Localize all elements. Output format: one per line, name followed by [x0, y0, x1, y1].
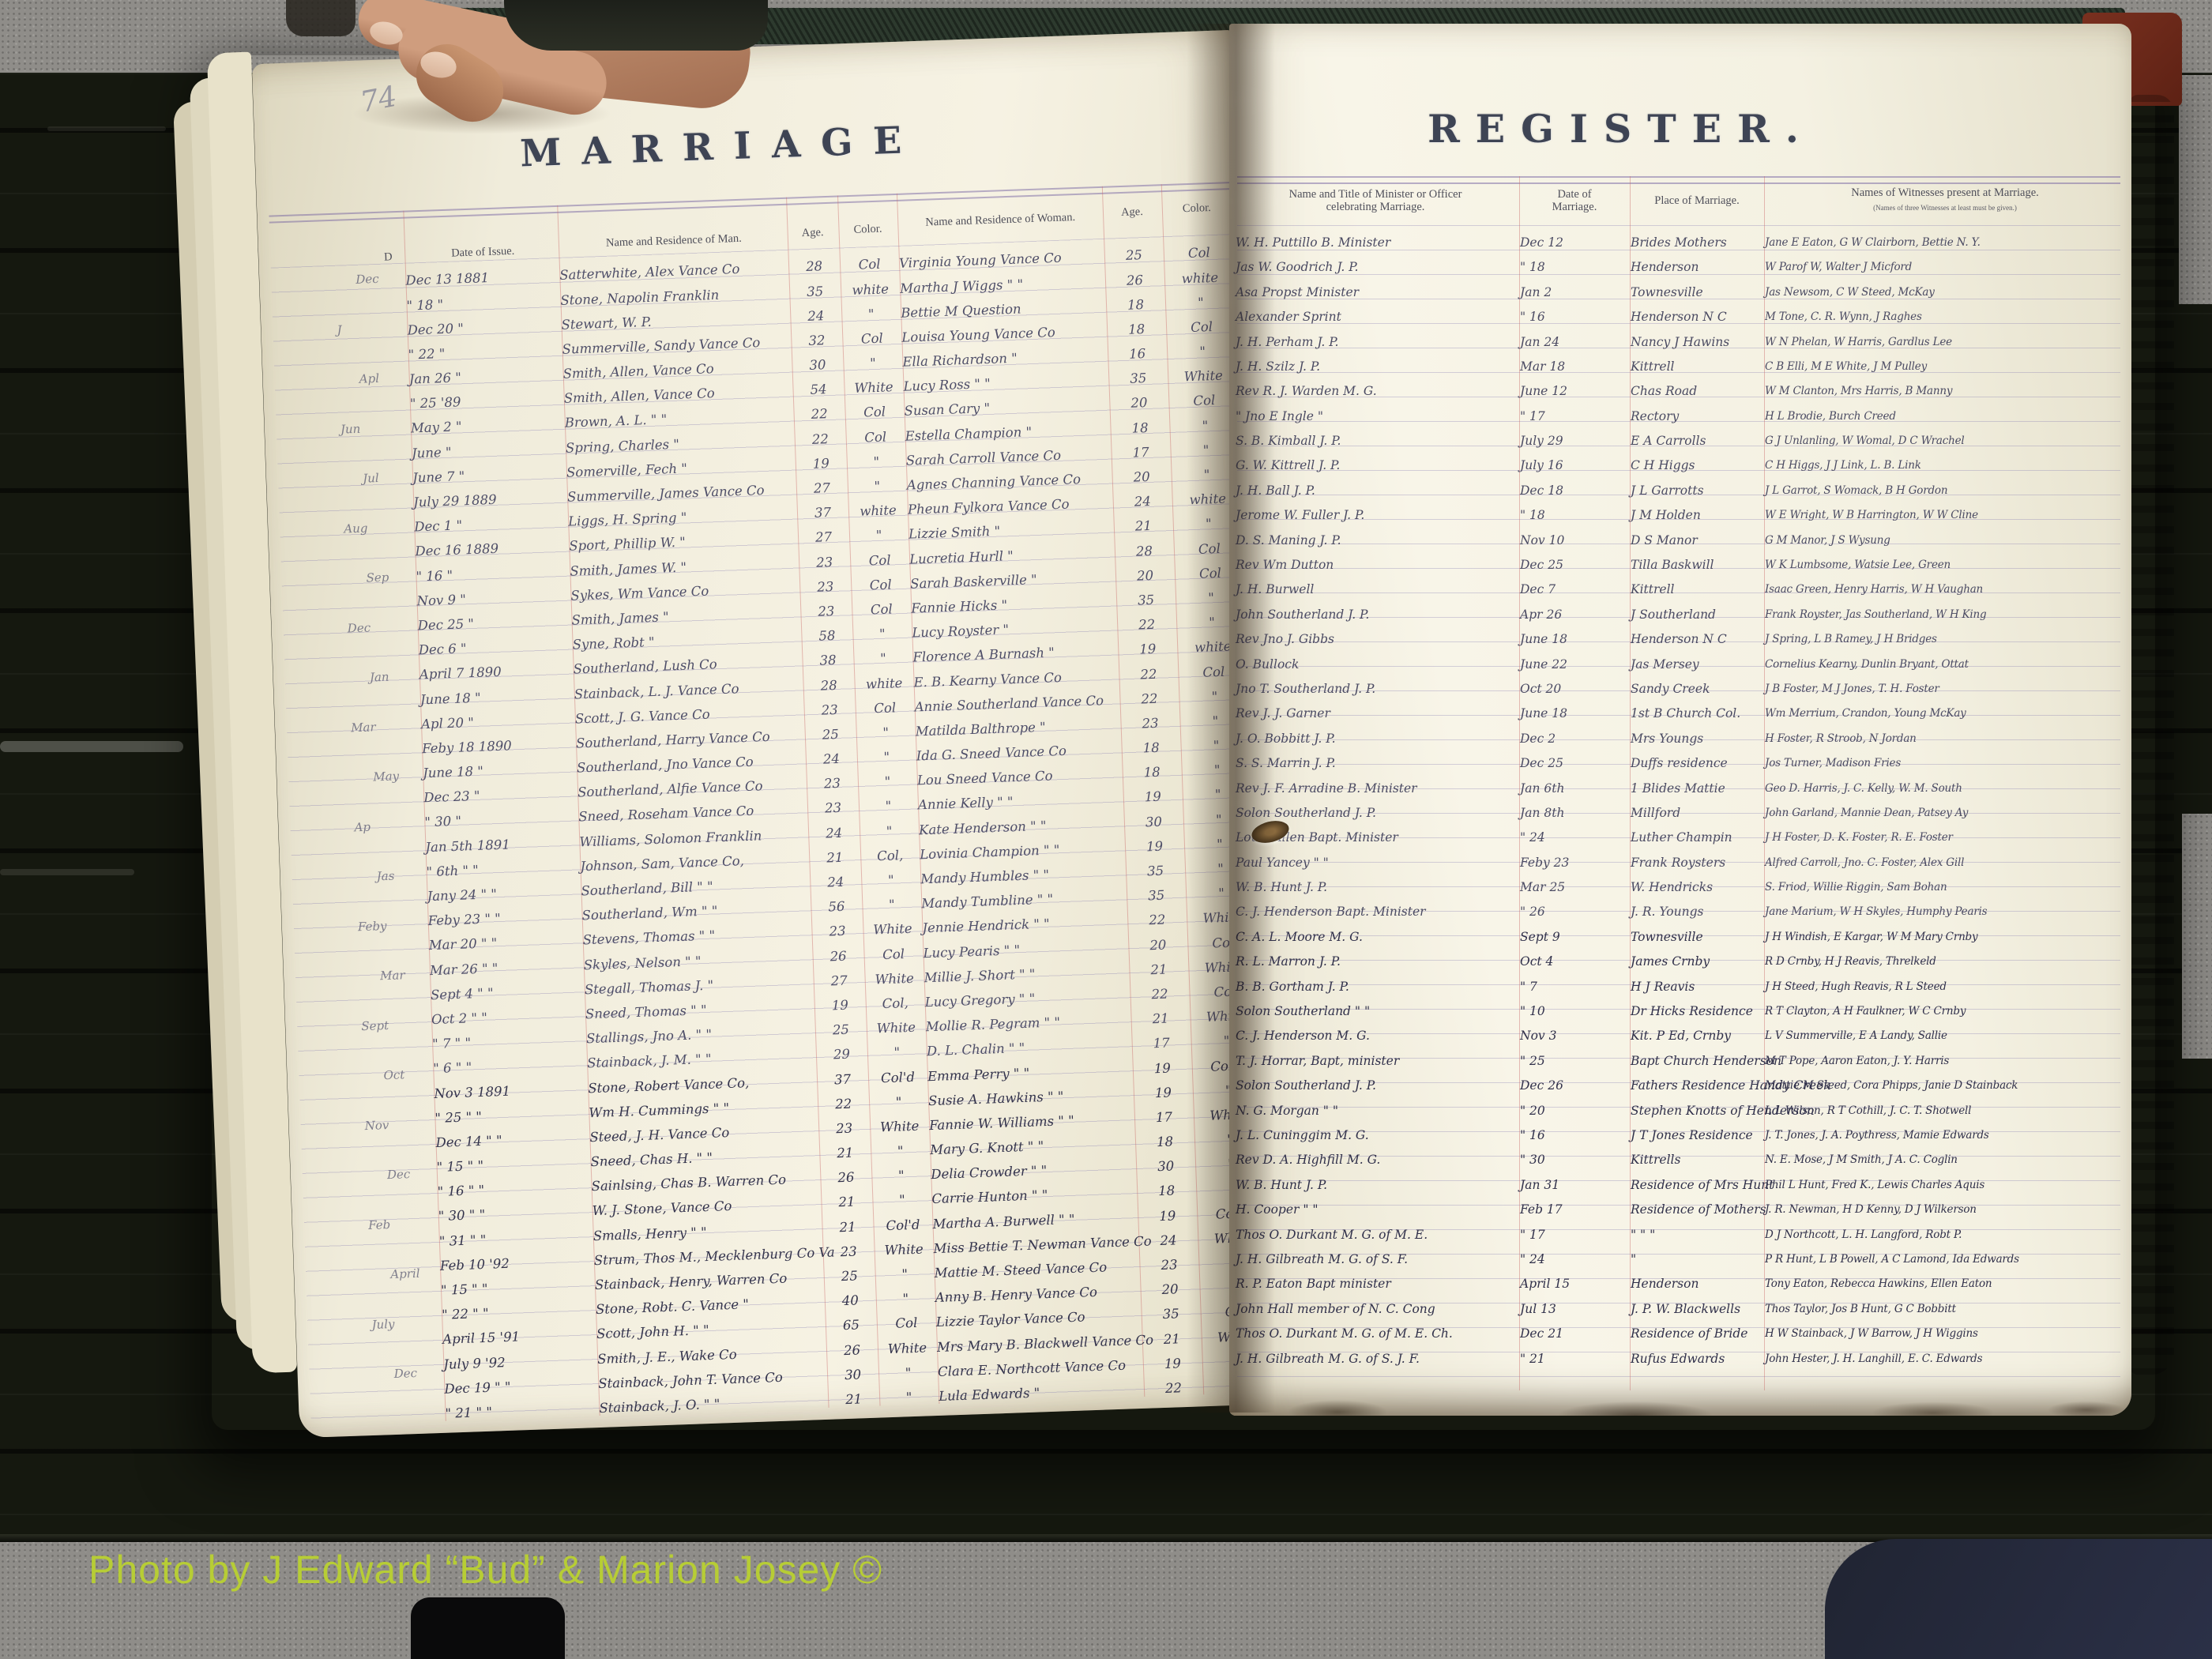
- margin-fragment: May: [373, 769, 399, 784]
- cell: July 16: [1520, 460, 1631, 472]
- cell: Tony Eaton, Rebecca Hawkins, Ellen Eaton: [1765, 1279, 2128, 1290]
- cell: R D Crnby, H J Reavis, Threlkeld: [1765, 957, 2128, 968]
- cell: " 22 ": [408, 344, 562, 362]
- cell: 19: [1118, 642, 1178, 657]
- cell: ": [847, 455, 907, 470]
- cell: Kate Henderson " ": [919, 817, 1124, 837]
- cell: Smith, James ": [571, 606, 800, 627]
- cell: D. S. Maning J. P.: [1236, 535, 1520, 547]
- cell: Delia Crowder " ": [931, 1161, 1136, 1182]
- cell: Dec 21: [1520, 1328, 1631, 1341]
- cell: James Crnby: [1631, 956, 1765, 969]
- cell: Kittrell: [1631, 361, 1765, 374]
- cell: white: [848, 504, 908, 519]
- cell: Lovinia Champion " ": [920, 841, 1125, 862]
- cell: Asa Propst Minister: [1236, 287, 1520, 299]
- cell: J. R. Newman, H D Kenny, D J Wilkerson: [1765, 1205, 2128, 1216]
- cell: Lucretia Hurll ": [909, 546, 1115, 566]
- column-header-age: Age.: [1104, 205, 1161, 219]
- cell: W M Clanton, Mrs Harris, B Manny: [1765, 386, 2128, 397]
- cell: " 16: [1520, 1130, 1631, 1142]
- cell: Jos Turner, Madison Fries: [1765, 758, 2128, 769]
- cell: 24: [790, 309, 842, 324]
- cell: Col: [845, 430, 905, 445]
- table-scratch: [0, 741, 183, 752]
- cell: E A Carrolls: [1631, 435, 1765, 448]
- cell: C H Higgs: [1631, 460, 1765, 472]
- cell: June 18 ": [423, 762, 577, 781]
- cell: J. R. Youngs: [1631, 906, 1765, 919]
- cell: 24: [808, 826, 860, 841]
- cell: 21: [1130, 1012, 1191, 1027]
- header-rule: [1237, 182, 2120, 184]
- cell: Lizzie Smith ": [908, 521, 1114, 542]
- cell: O. Bullock: [1236, 659, 1520, 671]
- cell: Ida G. Sneed Vance Co: [916, 743, 1122, 763]
- cell: Mar 18: [1520, 361, 1631, 374]
- register-row: R. P. Eaton Bapt ministerApril 15Henders…: [1236, 1272, 2128, 1296]
- cell: Summerville, Sandy Vance Co: [562, 336, 791, 357]
- cell: Residence of Mothers: [1631, 1204, 1765, 1217]
- cell: Jas Newsom, C W Steed, McKay: [1765, 288, 2128, 299]
- cell: 20: [1128, 938, 1188, 953]
- cell: 26: [812, 950, 864, 965]
- cell: 19: [814, 999, 867, 1014]
- cell: Stone, Robert Vance Co,: [588, 1074, 817, 1096]
- cell: J. T. Jones, J. A. Poythress, Mamie Edwa…: [1765, 1130, 2128, 1142]
- margin-fragment: Nov: [364, 1118, 389, 1133]
- cell: Sarah Baskerville ": [910, 570, 1115, 591]
- cell: White: [864, 972, 924, 987]
- cell: " 7: [1520, 981, 1631, 994]
- cell: Townesville: [1631, 931, 1765, 944]
- cell: 22: [1130, 987, 1190, 1003]
- cell: Mrs Mary B. Blackwell Vance Co: [937, 1334, 1142, 1355]
- cell: Stallings, Jno A. " ": [586, 1025, 815, 1046]
- cell: Residence of Mrs Hunt: [1631, 1179, 1765, 1192]
- cell: " 18: [1520, 510, 1631, 522]
- cell: W. B. Hunt J. P.: [1236, 882, 1520, 894]
- cell: Dec 25: [1520, 758, 1631, 770]
- cell: 35: [1127, 889, 1187, 904]
- cell: " 7 " ": [432, 1033, 586, 1051]
- photographer-watermark: Photo by J Edward “Bud” & Marion Josey ©: [88, 1547, 882, 1593]
- cell: " 21 " ": [445, 1402, 599, 1420]
- cell: Dec 18: [1520, 485, 1631, 498]
- cell: John Hall member of N. C. Cong: [1236, 1303, 1520, 1316]
- cell: June 18: [1520, 708, 1631, 720]
- column-header-place: Place of Marriage.: [1634, 194, 1760, 207]
- cell: Bapt Church Henderson: [1631, 1055, 1765, 1068]
- cell: W N Phelan, W Harris, Gardlus Lee: [1765, 337, 2128, 348]
- cell: 21: [1142, 1332, 1202, 1347]
- book-leather-cover-edge: [2130, 95, 2174, 1375]
- register-row: G. W. Kittrell J. P.July 16C H HiggsC H …: [1236, 454, 2128, 479]
- margin-fragment: Mar: [351, 720, 376, 735]
- cell: 23: [799, 555, 851, 570]
- cell: Jan 26 ": [409, 368, 563, 386]
- cell: Sneed, Roseham Vance Co: [578, 803, 807, 825]
- cell: " 24: [1520, 1254, 1631, 1266]
- cell: S. B. Kimball J. P.: [1236, 435, 1520, 448]
- cell: Louisa Young Vance Co: [901, 325, 1107, 345]
- cell: ": [876, 1292, 936, 1307]
- cell: Duffs residence: [1631, 758, 1765, 770]
- left-page-rows: Dec 13 1881Satterwhite, Alex Vance Co28C…: [405, 240, 1274, 1427]
- register-row: Louis Allen Bapt. Minister" 24Luther Cha…: [1236, 826, 2128, 850]
- cell: " 20: [1520, 1105, 1631, 1118]
- cell: Apl 20 ": [421, 713, 575, 731]
- cell: Jan 31: [1520, 1179, 1631, 1192]
- cell: Virginia Young Vance Co: [899, 250, 1104, 271]
- cell: 26: [820, 1171, 872, 1186]
- cell: Dec 20 ": [407, 319, 561, 337]
- cell: White: [878, 1341, 938, 1356]
- cell: 35: [1126, 864, 1186, 879]
- cell: W E Wright, W B Harrington, W W Cline: [1765, 510, 2128, 521]
- cell: " 21: [1520, 1353, 1631, 1366]
- right-page-title: REGISTER.: [1229, 106, 2013, 152]
- cell: Jennie Hendrick " ": [922, 916, 1127, 936]
- margin-fragment: Feby: [358, 919, 387, 934]
- cell: Jan 6th: [1520, 783, 1631, 796]
- cell: Kit. P Ed, Crnby: [1631, 1030, 1765, 1043]
- margin-fragment: Feb: [368, 1217, 391, 1232]
- cell: 26: [826, 1343, 878, 1358]
- cell: J H Steed, Hugh Reavis, R L Steed: [1765, 982, 2128, 993]
- cell: Oct 20: [1520, 683, 1631, 696]
- cell: Col: [850, 553, 910, 568]
- cell: Jan 24: [1520, 337, 1631, 349]
- cell: Mary G. Knott " ": [930, 1137, 1135, 1157]
- cell: 21: [821, 1195, 873, 1210]
- cell: J T Jones Residence: [1631, 1130, 1765, 1142]
- cell: Jan 5th 1891: [425, 836, 579, 854]
- cell: 21: [1114, 519, 1174, 534]
- cell: 18: [1107, 322, 1167, 337]
- cell: J. H. Ball J. P.: [1236, 485, 1520, 498]
- left-page: 74 MARRIAGE D Date of Issue. Name and Re…: [252, 30, 1279, 1438]
- cell: 19: [1123, 790, 1183, 805]
- cell: 35: [1108, 371, 1168, 386]
- cell: Steed, J. H. Vance Co: [589, 1123, 818, 1145]
- cell: 21: [809, 851, 861, 866]
- cell: Isaac Green, Henry Harris, W H Vaughan: [1765, 585, 2128, 596]
- cell: June 12: [1520, 386, 1631, 398]
- cell: J. H. Burwell: [1236, 584, 1520, 596]
- cell: C. J. Henderson M. G.: [1236, 1030, 1520, 1043]
- cell: ": [879, 1390, 939, 1405]
- cell: Mar 25: [1520, 882, 1631, 894]
- cell: Apr 26: [1520, 609, 1631, 622]
- cell: H Foster, R Stroob, N Jordan: [1765, 734, 2128, 745]
- cell: Southerland, Alfie Vance Co: [577, 779, 807, 800]
- cell: 19: [796, 457, 848, 472]
- cell: 22: [1117, 618, 1177, 633]
- cell: Strum, Thos M., Mecklenburg Co Va: [594, 1247, 823, 1268]
- cell: J M Holden: [1631, 510, 1765, 522]
- cell: ": [878, 1366, 939, 1381]
- cell: 18: [1121, 741, 1181, 756]
- cell: ": [843, 356, 903, 371]
- cell: Feb 17: [1520, 1204, 1631, 1217]
- register-row: Jas W. Goodrich J. P." 18HendersonW Paro…: [1236, 255, 2128, 280]
- cell: ": [857, 750, 917, 766]
- cell: Bettie M Question: [901, 299, 1106, 320]
- cell: Tilla Baskwill: [1631, 559, 1765, 572]
- cell: Southerland, Wm " ": [581, 901, 811, 923]
- cell: Liggs, H. Spring ": [568, 508, 797, 529]
- cell: 40: [825, 1294, 877, 1309]
- cell: R. L. Marron J. P.: [1236, 956, 1520, 969]
- cell: G M Manor, J S Wysung: [1765, 536, 2128, 547]
- register-row: S. B. Kimball J. P.July 29E A CarrollsG …: [1236, 429, 2128, 453]
- register-row: Alexander Sprint" 16Henderson N CM Tone,…: [1236, 305, 2128, 329]
- cell: Thos O. Durkant M. G. of M. E.: [1236, 1229, 1520, 1242]
- cell: R T Clayton, A H Faulkner, W C Crnby: [1765, 1006, 2128, 1018]
- cell: Jas Mersey: [1631, 659, 1765, 671]
- cell: 38: [802, 653, 854, 668]
- cell: 32: [791, 333, 843, 348]
- cell: 23: [807, 802, 860, 817]
- cell: Rev Jno J. Gibbs: [1236, 634, 1520, 646]
- cell: Lizzie Taylor Vance Co: [936, 1309, 1142, 1330]
- cell: N. E. Mose, J M Smith, J A. C. Coglin: [1765, 1155, 2128, 1166]
- cell: 35: [1116, 593, 1176, 608]
- cell: J. H. Gilbreath M. G. of S. F.: [1236, 1254, 1520, 1266]
- cell: 24: [1138, 1233, 1198, 1248]
- cell: H L Brodie, Burch Creed: [1765, 412, 2128, 423]
- cell: " 25 " ": [434, 1107, 589, 1125]
- cell: 23: [1139, 1258, 1199, 1273]
- cell: H J Reavis: [1631, 981, 1765, 994]
- cell: Annie Southerland Vance Co: [914, 694, 1119, 714]
- cell: John Southerland J. P.: [1236, 609, 1520, 622]
- cell: 54: [792, 383, 845, 398]
- cell: Mrs Youngs: [1631, 733, 1765, 746]
- hand-shadow: [286, 0, 355, 36]
- column-header-age: Age.: [788, 226, 837, 240]
- cell: ": [853, 652, 913, 667]
- cell: 22: [1119, 692, 1179, 707]
- cell: Thos O. Durkant M. G. of M. E. Ch.: [1236, 1328, 1520, 1341]
- cell: 28: [1115, 544, 1175, 559]
- header-rule: [1237, 176, 2120, 178]
- cell: Col: [845, 405, 905, 420]
- cell: 30: [1124, 814, 1184, 829]
- cell: ": [875, 1267, 935, 1282]
- cell: Dec 23 ": [423, 787, 577, 805]
- cell: 35: [1141, 1307, 1201, 1322]
- cell: 19: [1133, 1061, 1193, 1076]
- cell: July 9 '92: [443, 1353, 597, 1371]
- cell: White: [844, 381, 904, 396]
- cell: Brown, A. L. " ": [565, 409, 794, 431]
- cell: S. S. Marrin J. P.: [1236, 758, 1520, 770]
- cell: Susie A. Hawkins " ": [928, 1088, 1134, 1108]
- cell: J. L. Cuninggim M. G.: [1236, 1130, 1520, 1142]
- cell: Mattie M. Steed Vance Co: [934, 1260, 1139, 1281]
- cell: June 7 ": [412, 467, 566, 485]
- register-row: Rev R. J. Warden M. G.June 12Chas RoadW …: [1236, 379, 2128, 404]
- cell: ": [861, 873, 921, 888]
- register-row: John Southerland J. P.Apr 26J Southerlan…: [1236, 603, 2128, 627]
- cell: Col: [855, 701, 915, 716]
- cell: ": [859, 799, 919, 814]
- cell: Oct 4: [1520, 956, 1631, 969]
- cell: " 26: [1520, 906, 1631, 919]
- cell: Stephen Knotts of Henderson: [1631, 1105, 1765, 1118]
- cell: H W Stainback, J W Barrow, J H Wiggins: [1765, 1329, 2128, 1340]
- cell: 19: [1125, 840, 1185, 855]
- cell: " 25: [1520, 1055, 1631, 1068]
- cell: Stewart, W. P.: [561, 310, 790, 332]
- cell: J Spring, L B Ramey, J H Bridges: [1765, 634, 2128, 645]
- cell: Southerland, Harry Vance Co: [576, 729, 805, 750]
- cell: 37: [817, 1072, 869, 1087]
- cell: Nov 3: [1520, 1030, 1631, 1043]
- cell: Oct 2 " ": [431, 1008, 585, 1026]
- cell: July 29: [1520, 435, 1631, 448]
- cell: white: [841, 282, 901, 297]
- register-row: H. Cooper " "Feb 17Residence of MothersJ…: [1236, 1198, 2128, 1222]
- cell: Estella Champion ": [905, 423, 1110, 443]
- cell: 25: [815, 1023, 867, 1038]
- cell: Nov 3 1891: [434, 1082, 588, 1100]
- cell: ": [848, 480, 908, 495]
- cell: Solon Southerland " ": [1236, 1006, 1520, 1018]
- cell: T. J. Horrar, Bapt, minister: [1236, 1055, 1520, 1068]
- cell: Johnson, Sam, Vance Co,: [580, 852, 809, 874]
- cell: 23: [811, 924, 863, 939]
- right-page: REGISTER. Name and Title of Minister or …: [1229, 24, 2131, 1416]
- cell: June 22: [1520, 659, 1631, 671]
- cell: Sykes, Wm Vance Co: [570, 581, 799, 603]
- register-row: C. J. Henderson Bapt. Minister" 26J. R. …: [1236, 901, 2128, 925]
- cell: 25: [805, 728, 857, 743]
- register-row: J. H. Perham J. P.Jan 24Nancy J HawinsW …: [1236, 330, 2128, 355]
- cell: ": [858, 775, 918, 790]
- cell: P R Hunt, L B Powell, A C Lamond, Ida Ed…: [1765, 1255, 2128, 1266]
- cell: W Parof W, Walter J Micford: [1765, 262, 2128, 273]
- cell: 23: [800, 604, 852, 619]
- cell: C. A. L. Moore M. G.: [1236, 931, 1520, 944]
- cell: Dec 12: [1520, 237, 1631, 250]
- cell: " 24: [1520, 832, 1631, 845]
- cell: Wm Merrium, Crandon, Young McKay: [1765, 709, 2128, 720]
- cell: 20: [1112, 470, 1172, 485]
- cell: 21: [1129, 962, 1189, 977]
- cell: 18: [1137, 1184, 1197, 1199]
- cell: 23: [1120, 717, 1180, 732]
- cell: L V Summerville, E A Landy, Sallie: [1765, 1031, 2128, 1042]
- cell: Southerland, Lush Co: [573, 656, 802, 677]
- cell: 25: [1104, 248, 1164, 263]
- cell: Summerville, James Vance Co: [567, 483, 796, 505]
- cell: C B Elli, M E White, J M Pulley: [1765, 362, 2128, 373]
- cell: Annie Kelly " ": [918, 792, 1123, 813]
- cell: W K Lumbsome, Watsie Lee, Green: [1765, 560, 2128, 571]
- cell: Dec 26: [1520, 1080, 1631, 1093]
- cell: Martha A. Burwell " ": [932, 1211, 1138, 1232]
- cell: Sept 4 " ": [431, 984, 585, 1002]
- cell: 1st B Church Col.: [1631, 708, 1765, 720]
- cell: Lou Sneed Vance Co: [917, 768, 1123, 788]
- cell: 19: [1134, 1085, 1194, 1100]
- cell: Lucy Royster ": [912, 620, 1117, 641]
- cell: Fannie W. Williams " ": [929, 1112, 1134, 1133]
- register-row: J. H. Szilz J. P.Mar 18KittrellC B Elli,…: [1236, 355, 2128, 379]
- register-row: C. A. L. Moore M. G.Sept 9TownesvilleJ H…: [1236, 925, 2128, 950]
- cell: Susan Cary ": [904, 398, 1109, 419]
- cell: Rufus Edwards: [1631, 1353, 1765, 1366]
- cell: Stainback, L. J. Vance Co: [574, 680, 803, 702]
- cell: Ella Richardson ": [902, 349, 1108, 370]
- cell: Smith, Allen, Vance Co: [562, 360, 792, 382]
- register-row: Rev J. J. GarnerJune 181st B Church Col.…: [1236, 702, 2128, 726]
- cell: Dec 19 " ": [444, 1378, 598, 1396]
- register-row: Jerome W. Fuller J. P." 18J M HoldenW E …: [1236, 503, 2128, 528]
- column-header-stub: D: [375, 250, 401, 264]
- cell: 22: [795, 432, 847, 447]
- cell: 27: [798, 531, 850, 546]
- cell: J L Garrotts: [1631, 485, 1765, 498]
- cell: April 7 1890: [419, 664, 574, 682]
- margin-fragment: Jul: [363, 471, 379, 486]
- cell: ": [849, 529, 909, 544]
- cell: Rev R. J. Warden M. G.: [1236, 386, 1520, 398]
- register-row: J. O. Bobbitt J. P.Dec 2Mrs YoungsH Fost…: [1236, 727, 2128, 751]
- cell: Jane E Eaton, G W Clairborn, Bettie N. Y…: [1765, 238, 2128, 249]
- cell: Kittrell: [1631, 584, 1765, 596]
- cell: " 25 '89: [410, 393, 564, 411]
- cell: Frank Royster, Jas Southerland, W H King: [1765, 610, 2128, 621]
- register-row: Rev Wm DuttonDec 25Tilla BaskwillW K Lum…: [1236, 553, 2128, 577]
- margin-fragment: Jan: [370, 670, 389, 685]
- cell: Solon Southerland J. P.: [1236, 1080, 1520, 1093]
- cell: J H Foster, D. K. Foster, R. E. Foster: [1765, 833, 2128, 844]
- cell: Dec 14 " ": [435, 1131, 589, 1149]
- cell: 56: [811, 900, 863, 915]
- cell: Smith, James W. ": [570, 557, 799, 578]
- cell: 35: [789, 284, 841, 299]
- margin-fragment: Dec: [393, 1366, 417, 1381]
- cell: Sandy Creek: [1631, 683, 1765, 696]
- cell: May 2 ": [411, 417, 565, 435]
- cell: Pheun Fylkora Vance Co: [908, 497, 1113, 517]
- shirt-sleeve: [504, 0, 768, 51]
- cell: 18: [1123, 766, 1183, 781]
- margin-fragment: J: [337, 323, 342, 337]
- cell: J. H. Gilbreath M. G. of S. J. F.: [1236, 1353, 1520, 1366]
- register-row: Rev J. F. Arradine B. MinisterJan 6th1 B…: [1236, 777, 2128, 801]
- table-leg: [411, 1597, 565, 1659]
- cell: Feb 10 '92: [440, 1255, 594, 1273]
- cell: Millie J. Short " ": [924, 965, 1129, 985]
- column-header-woman: Name and Residence of Woman.: [899, 210, 1101, 230]
- margin-fragment: Jas: [376, 869, 394, 884]
- margin-fragment: Mar: [380, 968, 405, 983]
- column-header-color: Color.: [840, 222, 896, 236]
- cell: ": [860, 824, 920, 839]
- register-row: C. J. Henderson M. G.Nov 3Kit. P Ed, Crn…: [1236, 1025, 2128, 1049]
- cell: Scott, J. G. Vance Co: [575, 705, 804, 726]
- cell: 17: [1134, 1110, 1194, 1125]
- cell: White: [867, 1021, 927, 1036]
- cell: Nov 10: [1520, 535, 1631, 547]
- cell: " " ": [1631, 1229, 1765, 1242]
- cell: ": [871, 1144, 931, 1159]
